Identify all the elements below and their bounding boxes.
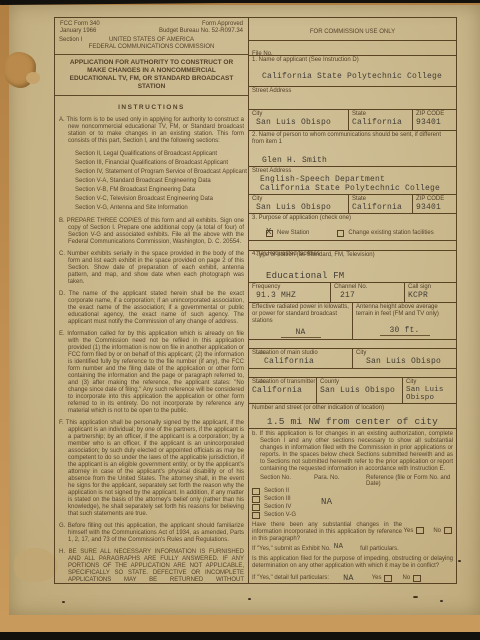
section-list-item: Section V-C, Television Broadcast Engine… — [75, 195, 244, 204]
change-station-checkbox[interactable] — [337, 230, 344, 237]
agency-line2: FEDERAL COMMUNICATIONS COMMISSION — [59, 44, 244, 51]
requested-facilities-header: 4. (a) Requested facilities — [249, 241, 456, 251]
transmitter-location-row: State California County San Luis Obispo … — [249, 378, 456, 404]
city-label: City — [252, 111, 345, 118]
question-1-yes-checkbox[interactable] — [416, 527, 424, 534]
table-header-reference: Reference (file or Form No. and Date) — [366, 475, 453, 487]
section-ii-label: Section II — [264, 488, 289, 495]
no-label: No — [433, 528, 441, 534]
studio-location-row: State California City San Luis Obispo — [249, 349, 456, 369]
section-list-item: Section V-B, FM Broadcast Engineering Da… — [75, 186, 244, 195]
section-list-item: Section V-A, Standard Broadcast Engineer… — [75, 177, 244, 186]
agency-block: Section I UNITED STATES OF AMERICA FEDER… — [59, 37, 244, 51]
paper-tear-highlight — [26, 72, 40, 84]
no-label: No — [402, 575, 410, 581]
section-vg-checkbox[interactable] — [252, 512, 260, 519]
paper-speck — [248, 598, 251, 600]
new-station-label: New Station — [277, 230, 309, 237]
instruction-paragraph-f: F. This application shall be personally … — [59, 420, 244, 518]
transmitter-city-value: San Luis Obispo — [406, 386, 453, 402]
studio-state-value: California — [264, 357, 349, 366]
applicant-name-field[interactable]: 1. Name of applicant (See Instruction D)… — [249, 56, 456, 87]
detail-particulars-label: If "Yes," detail full particulars: — [252, 575, 329, 582]
file-no-row: File No. — [249, 41, 456, 56]
question-2-text: Is this application filed for the purpos… — [252, 556, 453, 570]
scanned-form-page: FCC Form 340 January 1966 Form Approved … — [0, 0, 480, 640]
erp-label: Effective radiated power in kilowatts, o… — [252, 304, 349, 325]
transmitter-state-field[interactable]: State California — [249, 378, 317, 403]
section-list: Section II, Legal Qualifications of Broa… — [75, 150, 244, 213]
contact-state-field[interactable]: State California — [349, 195, 413, 214]
question-1-answers: Yes No — [404, 527, 452, 534]
form-number-block: FCC Form 340 January 1966 — [60, 21, 100, 35]
studio-location-header: Location of main studio — [249, 340, 456, 349]
new-station-checkmark: X — [266, 227, 272, 237]
purpose-options: X New Station Change existing station fa… — [266, 230, 453, 237]
state-label: State — [252, 350, 349, 357]
question-2-yes-checkbox[interactable] — [384, 575, 392, 582]
zip-label: ZIP CODE — [416, 196, 453, 203]
contact-name-value: Glen H. Smith — [262, 156, 453, 165]
street-address-label: Street Address — [252, 88, 453, 95]
city-label: City — [356, 350, 453, 357]
sections-checklist: Section II Section III Section IV Sectio… — [249, 487, 456, 519]
paper-speck — [62, 601, 65, 603]
contact-name-label: 2. Name of person to whom communications… — [252, 132, 453, 146]
form-approved: Form Approved — [159, 21, 243, 28]
instructions-column: FCC Form 340 January 1966 Form Approved … — [55, 18, 249, 583]
yes-label: Yes — [404, 528, 414, 534]
section-iv-label: Section IV — [264, 504, 291, 511]
transmitter-state-value: California — [252, 386, 313, 395]
applicant-name-label: 1. Name of applicant (See Instruction D) — [252, 57, 453, 64]
studio-state-field[interactable]: State California — [249, 349, 353, 368]
transmitter-location-header: Location of transmitter — [249, 369, 456, 378]
instruction-paragraph-d: D. The name of the applicant stated here… — [59, 291, 244, 326]
section-list-item: Section IV, Statement of Program Service… — [75, 168, 244, 177]
applicant-name-value: California State Polytechnic College — [262, 72, 453, 81]
exhibit-number-value: NA — [334, 543, 343, 551]
form-approved-block: Form Approved Budget Bureau No. 52-R097.… — [159, 21, 243, 35]
section-label: Section I — [59, 37, 82, 44]
section-list-item: Section III, Financial Qualifications of… — [75, 159, 244, 168]
erp-value: NA — [281, 328, 321, 338]
budget-bureau-no: Budget Bureau No. 52-R097.34 — [159, 28, 243, 35]
contact-zip-field[interactable]: ZIP CODE 93401 — [413, 195, 456, 214]
sections-table-header: Section No. Para. No. Reference (file or… — [249, 475, 456, 487]
applicant-street-field[interactable]: Street Address — [249, 87, 456, 110]
question-1-block: Have there been any substantial changes … — [249, 519, 456, 543]
section-iii-checkbox[interactable] — [252, 496, 260, 503]
contact-city-row: City San Luis Obispo State California ZI… — [249, 195, 456, 215]
question-1-text: Have there been any substantial changes … — [252, 522, 402, 543]
checklist-row: Section III — [252, 496, 453, 503]
paper-speck — [413, 596, 418, 598]
fcc-form-340: FCC Form 340 January 1966 Form Approved … — [54, 17, 457, 584]
contact-city-field[interactable]: City San Luis Obispo — [249, 195, 349, 214]
erp-field[interactable]: Effective radiated power in kilowatts, o… — [249, 303, 353, 339]
instruction-paragraph-c: C. Number exhibits serially in the space… — [59, 251, 244, 286]
frequency-row: Frequency 91.3 MHZ Channel No. 217 Call … — [249, 283, 456, 304]
exhibit-pre-label: If "Yes," submit as Exhibit No. — [252, 546, 331, 553]
checklist-row: Section II — [252, 488, 453, 495]
transmitter-street-field[interactable]: Number and street (or other indication o… — [249, 404, 456, 429]
transmitter-street-value: 1.5 mi NW from center of city — [252, 416, 453, 427]
antenna-height-field[interactable]: Antenna height above average terrain in … — [353, 303, 456, 339]
sections-na-note: NA — [321, 497, 332, 507]
instruction-paragraph-g: G. Before filling out this application, … — [59, 523, 244, 544]
antenna-height-label: Antenna height above average terrain in … — [356, 304, 453, 318]
form-id-row: FCC Form 340 January 1966 Form Approved … — [59, 20, 244, 35]
instruction-paragraph-h: H. BE SURE ALL NECESSARY INFORMATION IS … — [59, 549, 244, 583]
question-1-subline: If "Yes," submit as Exhibit No. NA full … — [249, 543, 456, 553]
transmitter-county-value: San Luis Obispo — [320, 386, 399, 395]
antenna-height-value: 30 ft. — [380, 326, 430, 336]
contact-city-value: San Luis Obispo — [256, 203, 345, 212]
applicant-state-field[interactable]: State California — [349, 110, 413, 130]
contact-street-line2: California State Polytechnic College — [260, 184, 453, 193]
frequency-label: Frequency — [252, 284, 327, 291]
yes-label: Yes — [372, 575, 382, 581]
transmitter-street-label: Number and street (or other indication o… — [252, 405, 453, 412]
change-station-label: Change existing station facilities — [348, 230, 433, 237]
paper-speck — [458, 560, 461, 562]
frequency-field[interactable]: Frequency 91.3 MHZ — [249, 283, 331, 303]
table-header-para: Para. No. — [314, 475, 366, 487]
zip-label: ZIP CODE — [416, 111, 453, 118]
instruction-paragraph-a: A. This form is to be used only in apply… — [59, 117, 244, 145]
station-type-value: Educational FM — [266, 271, 453, 281]
question-2-no-checkbox[interactable] — [413, 575, 421, 582]
contact-name-field[interactable]: 2. Name of person to whom communications… — [249, 131, 456, 167]
studio-city-field[interactable]: City San Luis Obispo — [353, 349, 456, 368]
call-sign-field[interactable]: Call sign KCPR — [405, 283, 456, 303]
form-number: FCC Form 340 — [60, 21, 100, 28]
paper-stain — [14, 548, 58, 582]
station-type-field[interactable]: Type of station (as Standard, FM, Televi… — [249, 251, 456, 283]
purpose-label: 3. Purpose of application (check one) — [252, 215, 453, 222]
channel-field[interactable]: Channel No. 217 — [331, 283, 405, 303]
exhibit-post-label: full particulars. — [360, 546, 399, 553]
question-1-no-checkbox[interactable] — [444, 527, 452, 534]
power-height-row: Effective radiated power in kilowatts, o… — [249, 303, 456, 340]
contact-street-line1: English-Speech Department — [260, 175, 453, 184]
question-2-subline: If "Yes," detail full particulars: NA Ye… — [252, 570, 453, 583]
contact-zip-value: 93401 — [416, 203, 453, 212]
transmitter-city-field[interactable]: City San Luis Obispo — [403, 378, 456, 403]
frequency-value: 91.3 MHZ — [256, 291, 327, 300]
application-fields-column: FOR COMMISSION USE ONLY File No. 1. Name… — [249, 18, 456, 583]
station-type-label: Type of station (as Standard, FM, Televi… — [256, 252, 453, 259]
city-label: City — [406, 379, 453, 386]
section-iii-label: Section III — [264, 496, 291, 503]
checklist-row: Section V-G — [252, 512, 453, 519]
form-title: APPLICATION FOR AUTHORITY TO CONSTRUCT O… — [55, 54, 248, 96]
applicant-zip-value: 93401 — [416, 118, 453, 127]
instructions-heading: INSTRUCTIONS — [59, 104, 244, 111]
state-label: State — [252, 379, 313, 386]
call-sign-label: Call sign — [408, 284, 453, 291]
question-2-na-value: NA — [343, 573, 354, 583]
paper-speck — [440, 600, 443, 602]
purpose-field: 3. Purpose of application (check one) X … — [249, 214, 456, 241]
transmitter-county-field[interactable]: County San Luis Obispo — [317, 378, 403, 403]
state-label: State — [352, 196, 409, 203]
applicant-state-value: California — [352, 118, 409, 127]
new-station-checkbox[interactable]: X — [266, 230, 273, 237]
call-sign-value: KCPR — [408, 291, 453, 300]
table-header-section: Section No. — [252, 475, 314, 487]
commission-use-title: FOR COMMISSION USE ONLY — [310, 29, 395, 35]
section-list-item: Section II, Legal Qualifications of Broa… — [75, 150, 244, 159]
instruction-paragraph-e: E. Information called for by this applic… — [59, 331, 244, 415]
channel-value: 217 — [340, 291, 401, 300]
applicant-city-row: City San Luis Obispo State California ZI… — [249, 110, 456, 131]
checklist-row: Section IV — [252, 504, 453, 511]
street-address-label: Street Address — [252, 168, 453, 175]
section-ii-checkbox[interactable] — [252, 488, 260, 495]
question-2-block: Is this application filed for the purpos… — [249, 553, 456, 583]
city-label: City — [252, 196, 345, 203]
contact-state-value: California — [352, 203, 409, 212]
changes-paragraph-text: b. If this application is for changes in… — [252, 431, 453, 473]
section-list-item: Section V-G, Antenna and Site Informatio… — [75, 204, 244, 213]
instruction-paragraph-b: B. PREPARE THREE COPIES of this form and… — [59, 218, 244, 246]
agency-line1: UNITED STATES OF AMERICA — [59, 37, 244, 44]
section-vg-label: Section V-G — [264, 512, 296, 519]
applicant-city-value: San Luis Obispo — [256, 118, 345, 127]
section-iv-checkbox[interactable] — [252, 504, 260, 511]
contact-street-field[interactable]: Street Address English-Speech Department… — [249, 167, 456, 195]
county-label: County — [320, 379, 399, 386]
form-date: January 1966 — [60, 28, 100, 35]
applicant-city-field[interactable]: City San Luis Obispo — [249, 110, 349, 130]
changes-paragraph: b. If this application is for changes in… — [249, 429, 456, 475]
applicant-zip-field[interactable]: ZIP CODE 93401 — [413, 110, 456, 130]
state-label: State — [352, 111, 409, 118]
studio-city-value: San Luis Obispo — [366, 357, 453, 366]
commission-use-box: FOR COMMISSION USE ONLY — [249, 18, 456, 41]
channel-label: Channel No. — [334, 284, 401, 291]
